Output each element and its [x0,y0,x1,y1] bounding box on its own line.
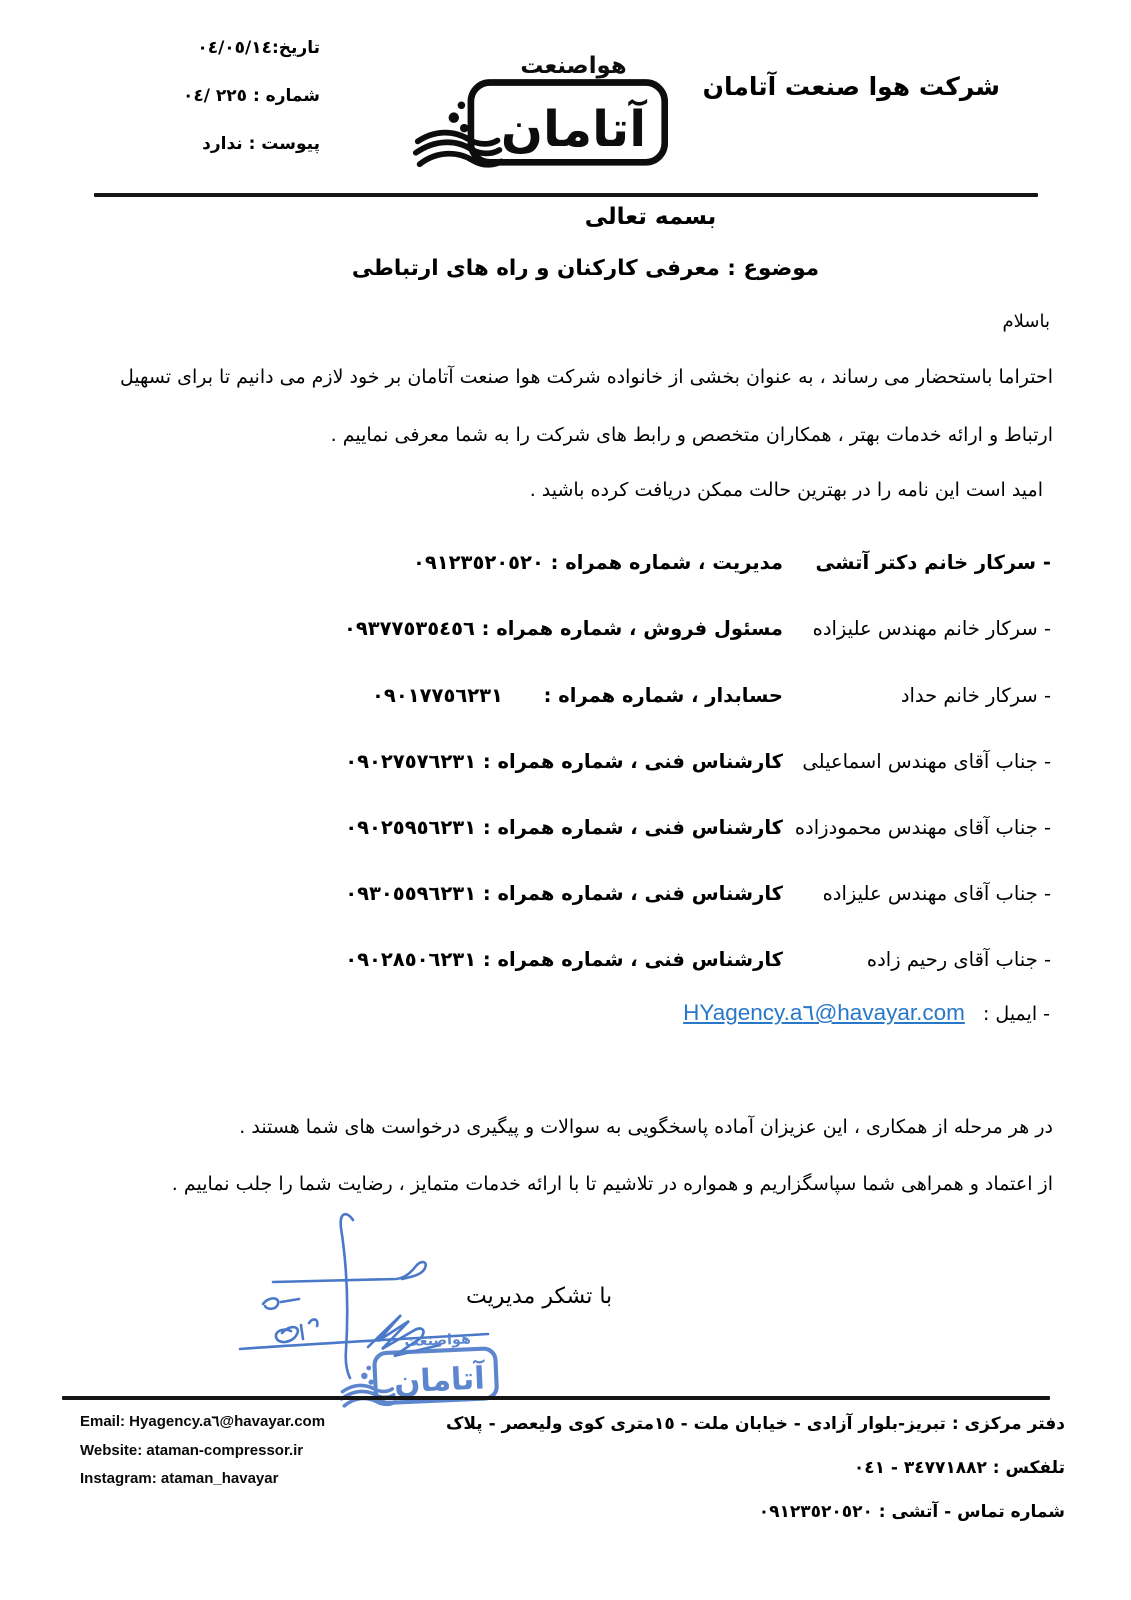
ataman-logo-icon: هواصنعت آتامان [412,44,697,178]
footer-divider [62,1396,1050,1400]
staff-role-phone: کارشناس فنی ، شماره همراه : ٠٩٠٢٧٥٧٦٢٣١ [345,750,783,773]
staff-role-phone: مدیریت ، شماره همراه : ٠٩١٢٣٥٢٠٥٢٠ [413,551,783,574]
staff-name: - سرکار خانم حداد [783,684,1051,707]
staff-row: - سرکار خانم دکتر آتشی مدیریت ، شماره هم… [60,551,1051,574]
staff-role-phone: کارشناس فنی ، شماره همراه : ٠٩٠٢٨٥٠٦٢٣١ [345,948,783,971]
closing-line2: از اعتماد و همراهی شما سپاسگزاریم و هموا… [172,1173,1053,1195]
staff-name: - جناب آقای مهندس اسماعیلی [783,750,1051,773]
stamp-brand: آتامان [393,1358,487,1400]
footer-telefax: تلفکس : ٣٤٧٧١٨٨٢ - ٠٤١ [446,1446,1065,1490]
intro-paragraph-line1: احتراما باستحضار می رساند ، به عنوان بخش… [120,366,1053,388]
staff-name: - سرکار خانم دکتر آتشی [783,551,1051,574]
email-link[interactable]: HYagency.a٦@havayar.com [683,1000,965,1025]
staff-role-phone: حسابدار ، شماره همراه : ٠٩٠١٧٧٥٦٢٣١ [372,684,783,707]
hope-line: امید است این نامه را در بهترین حالت ممکن… [530,479,1043,501]
staff-role-phone: مسئول فروش ، شماره همراه : ٠٩٣٧٧٥٣٥٤٥٦ [344,617,783,640]
staff-row: - جناب آقای مهندس محمودزاده کارشناس فنی … [60,816,1051,839]
footer-address: دفتر مرکزی : تبریز-بلوار آزادی - خیابان … [446,1402,1065,1446]
staff-name: - سرکار خانم مهندس علیزاده [783,617,1051,640]
logo-brand: آتامان [501,98,647,158]
email-row: - ایمیل : HYagency.a٦@havayar.com [683,1000,1050,1026]
meta-number: شماره : ٢٢٥ /٠٤ [140,72,320,120]
salutation: باسلام [1003,311,1050,332]
basmala: بسمه تعالی [170,204,1131,230]
staff-name: - جناب آقای مهندس محمودزاده [783,816,1051,839]
footer-contact-left: Email: Hyagency.a٦@havayar.com Website: … [80,1408,325,1494]
staff-role-phone: کارشناس فنی ، شماره همراه : ٠٩٣٠٥٥٩٦٢٣١ [345,882,783,905]
staff-row: - جناب آقای رحیم زاده کارشناس فنی ، شمار… [60,948,1051,971]
staff-name: - جناب آقای مهندس علیزاده [783,882,1051,905]
footer-contact-right: دفتر مرکزی : تبریز-بلوار آزادی - خیابان … [446,1402,1065,1534]
staff-name: - جناب آقای رحیم زاده [783,948,1051,971]
footer-phone: شماره تماس - آتشی : ٠٩١٢٣٥٢٠٥٢٠ [446,1490,1065,1534]
header-divider [94,193,1038,197]
company-logo: هواصنعت آتامان [412,44,697,178]
staff-row: - سرکار خانم حداد حسابدار ، شماره همراه … [60,684,1051,707]
meta-attachment: پیوست : ندارد [140,120,320,168]
footer-instagram: Instagram: ataman_havayar [80,1465,325,1494]
email-label: - ایمیل : [983,1003,1050,1025]
intro-paragraph-line2: ارتباط و ارائه خدمات بهتر ، همکاران متخص… [331,424,1053,446]
staff-row: - جناب آقای مهندس اسماعیلی کارشناس فنی ،… [60,750,1051,773]
footer-website: Website: ataman-compressor.ir [80,1437,325,1466]
company-name: شرکت هوا صنعت آتامان [703,72,1000,101]
meta-date: تاریخ:٠٤/٠٥/١٤ [140,24,320,72]
letter-meta: تاریخ:٠٤/٠٥/١٤ شماره : ٢٢٥ /٠٤ پیوست : ن… [140,24,320,168]
staff-row: - جناب آقای مهندس علیزاده کارشناس فنی ، … [60,882,1051,905]
letter-page: تاریخ:٠٤/٠٥/١٤ شماره : ٢٢٥ /٠٤ پیوست : ن… [0,0,1131,1600]
stamp-tagline: هواصنعت [404,1331,471,1350]
footer-email: Email: Hyagency.a٦@havayar.com [80,1408,325,1437]
logo-tagline: هواصنعت [520,53,626,79]
subject-line: موضوع : معرفی کارکنان و راه های ارتباطی [40,256,1131,281]
closing-line1: در هر مرحله از همکاری ، این عزیزان آماده… [239,1116,1053,1138]
staff-role-phone: کارشناس فنی ، شماره همراه : ٠٩٠٢٥٩٥٦٢٣١ [345,816,783,839]
staff-row: - سرکار خانم مهندس علیزاده مسئول فروش ، … [60,617,1051,640]
